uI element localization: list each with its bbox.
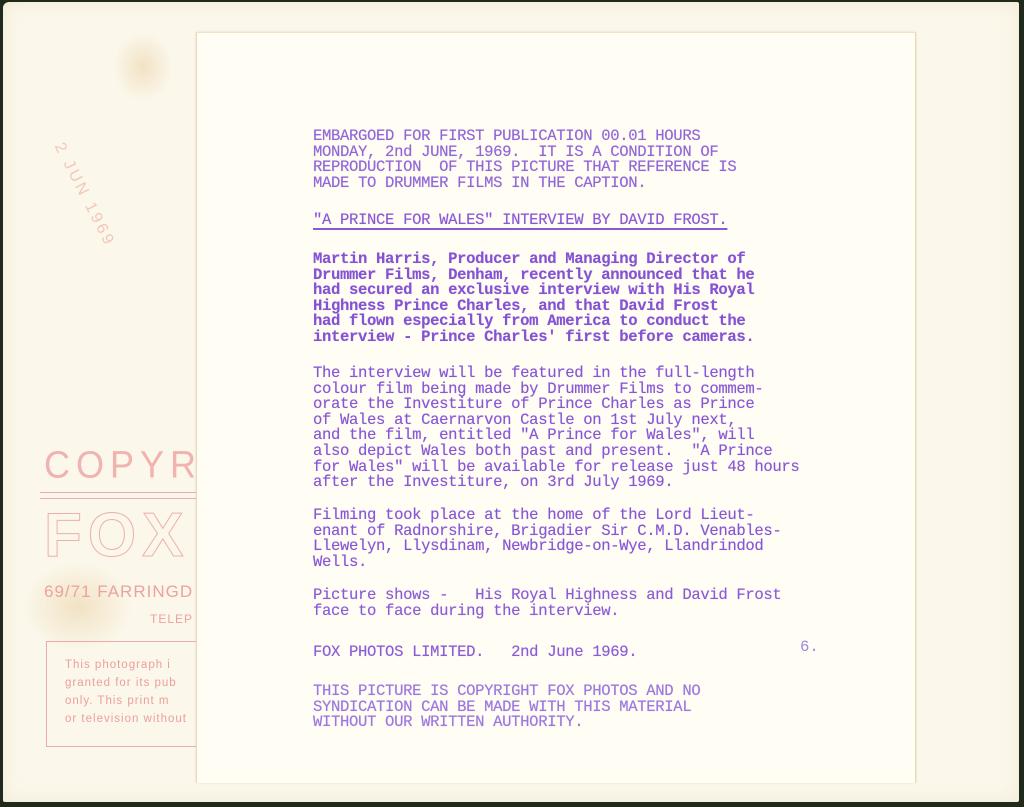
stamp-notice-line: only. This print m — [47, 692, 197, 710]
text-line: interview - Prince Charles' first before… — [313, 330, 754, 346]
usage-notice-stamp: This photograph igranted for its pubonly… — [46, 641, 197, 747]
water-stain — [23, 562, 133, 652]
water-stain — [113, 32, 173, 102]
credit-line: FOX PHOTOS LIMITED. 2nd June 1969. — [313, 645, 637, 661]
text-line: after the Investiture, on 3rd July 1969. — [313, 475, 799, 491]
text-line: face to face during the interview. — [313, 604, 781, 620]
text-line: WITHOUT OUR WRITTEN AUTHORITY. — [313, 715, 700, 731]
paragraph-announcement: Martin Harris, Producer and Managing Dir… — [313, 252, 754, 346]
text-line: MADE TO DRUMMER FILMS IN THE CAPTION. — [313, 176, 736, 192]
paragraph-filming-location: Filming took place at the home of the Lo… — [313, 508, 781, 570]
agency-stamp: FOX P — [44, 500, 196, 571]
embargo-notice: EMBARGOED FOR FIRST PUBLICATION 00.01 HO… — [313, 129, 736, 191]
telephone-stamp: TELEP — [150, 612, 196, 626]
picture-caption: Picture shows - His Royal Highness and D… — [313, 588, 781, 619]
stamp-divider — [40, 492, 196, 499]
text-line: Wells. — [313, 555, 781, 571]
copyright-notice: THIS PICTURE IS COPYRIGHT FOX PHOTOS AND… — [313, 684, 700, 731]
page-number: 6. — [800, 638, 819, 656]
text-line: Llewelyn, Llysdinam, Newbridge-on-Wye, L… — [313, 539, 781, 555]
stamp-notice-line: or television without — [47, 710, 197, 728]
copyright-stamp: COPYRIG — [44, 443, 196, 487]
stamp-notice-line: granted for its pub — [47, 674, 197, 692]
paragraph-film-details: The interview will be featured in the fu… — [313, 366, 799, 491]
headline: "A PRINCE FOR WALES" INTERVIEW BY DAVID … — [313, 213, 727, 229]
stamp-notice-line: This photograph i — [47, 656, 197, 674]
address-stamp: 69/71 FARRINGD — [44, 582, 196, 602]
